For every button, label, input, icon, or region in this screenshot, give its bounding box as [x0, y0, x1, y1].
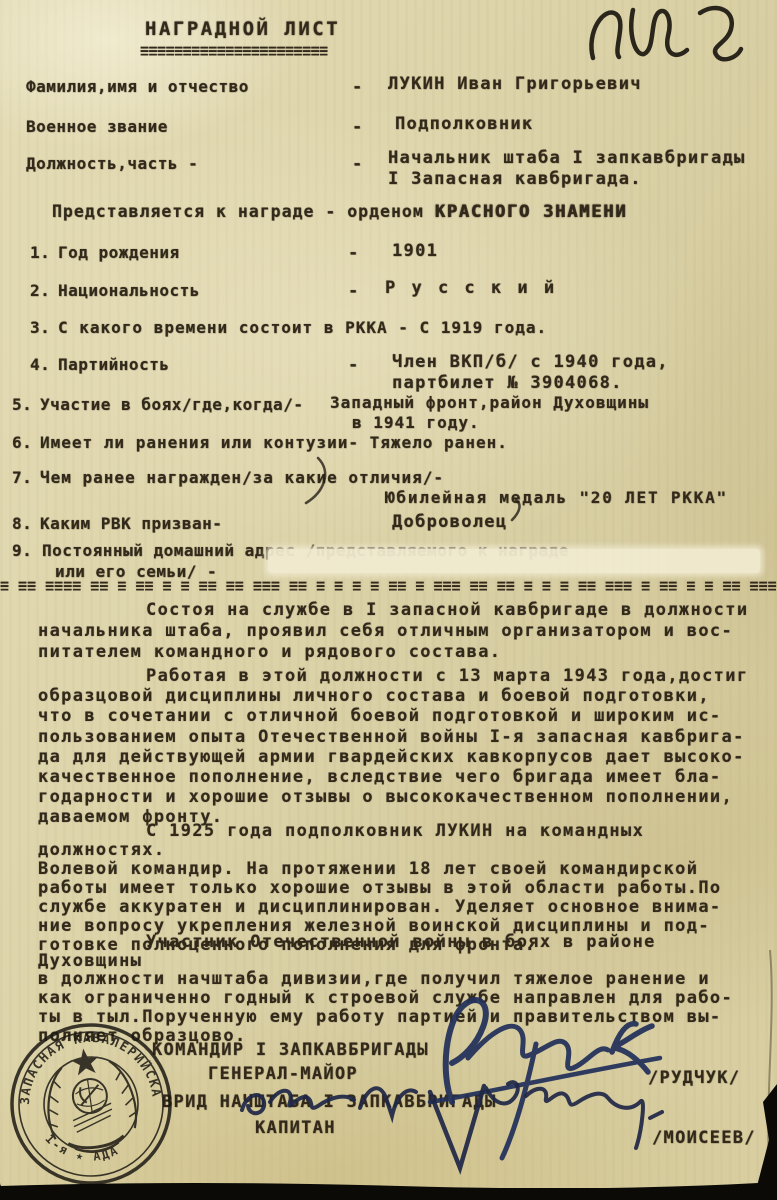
paper-sheet: НАГРАДНОЙ ЛИСТ ====================== Фа… — [0, 0, 777, 1188]
scanned-award-document: { "document_type": "scanned typewritten … — [0, 0, 777, 1200]
pen-checkmark-icon — [306, 458, 519, 520]
signature-rudchuk — [430, 1000, 660, 1158]
scan-corner-tear — [757, 1084, 777, 1186]
handwritten-scribble-icon — [591, 8, 741, 59]
ink-marks-layer — [0, 0, 777, 1200]
scan-bottom-edge — [0, 1182, 777, 1200]
